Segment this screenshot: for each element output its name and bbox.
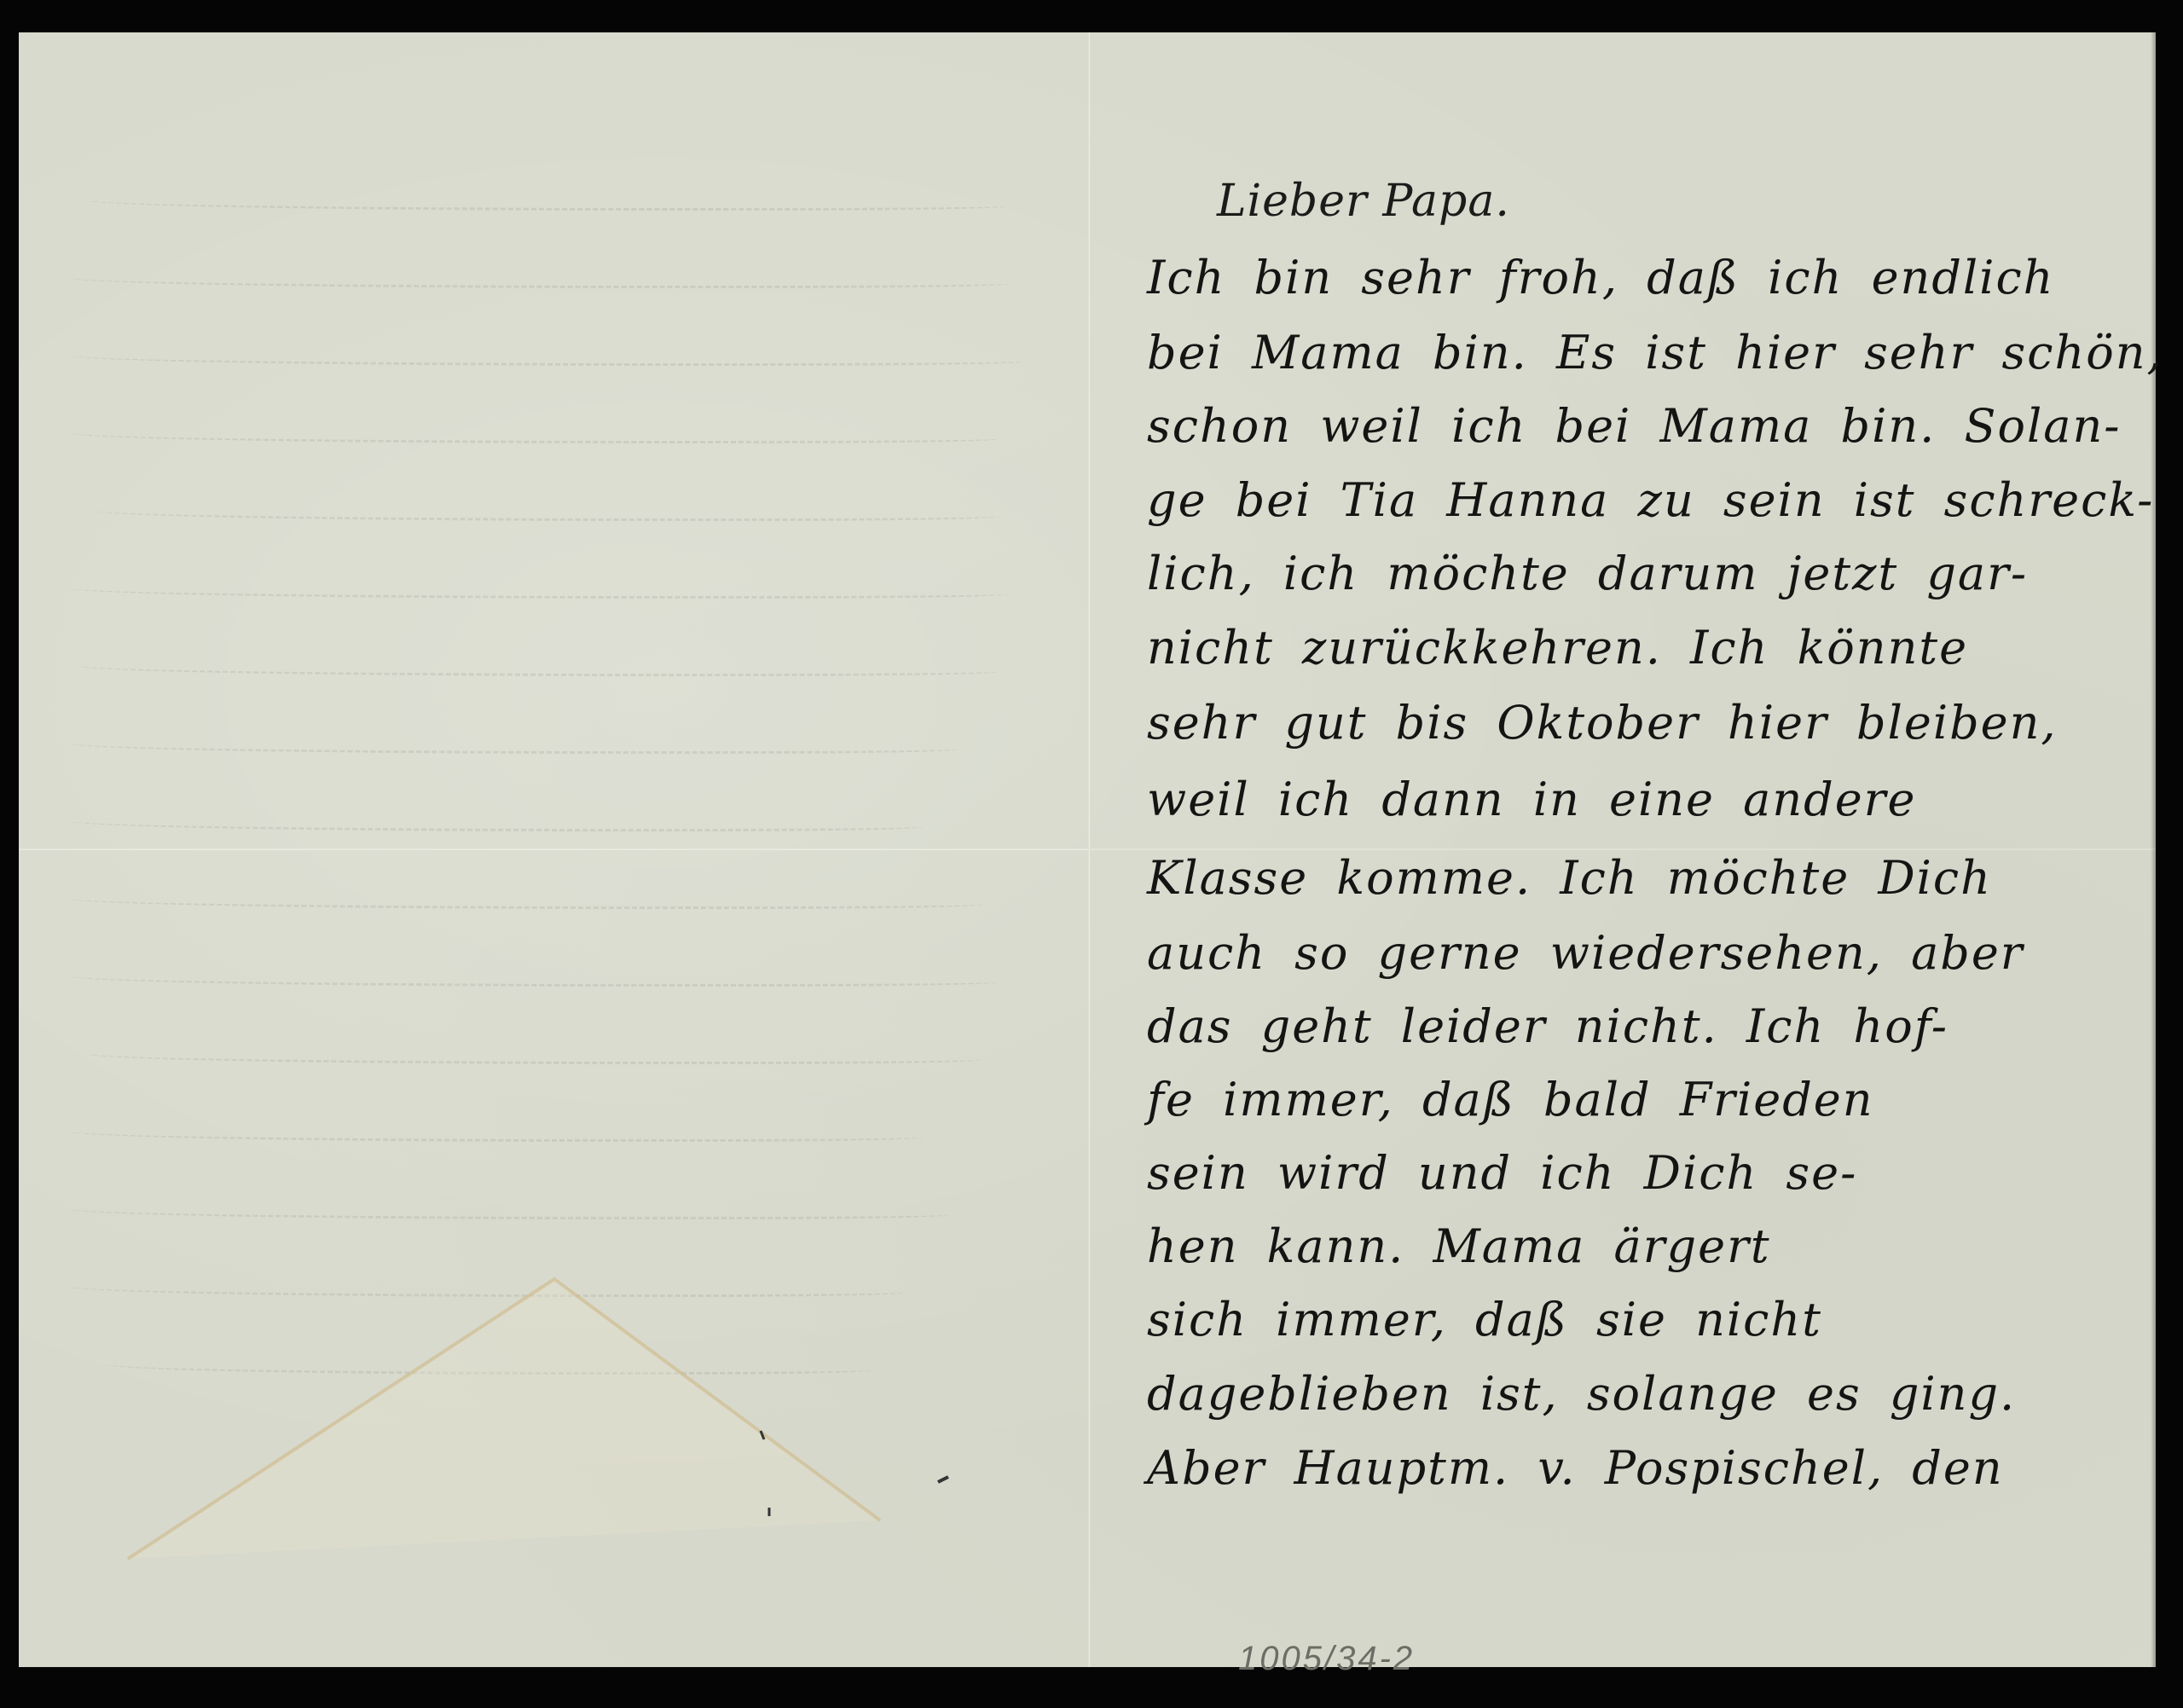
letter-line: bei Mama bin. Es ist hier sehr schön, xyxy=(1147,326,2163,379)
bleed-line xyxy=(70,350,1025,366)
horizontal-fold-crease xyxy=(19,848,1088,851)
bleed-through-text xyxy=(70,194,1051,1474)
bleed-line xyxy=(70,427,999,443)
bleed-line xyxy=(70,1203,948,1219)
bleed-line xyxy=(70,970,999,987)
bleed-line xyxy=(96,505,999,521)
archive-reference-number: 1005/34-2 xyxy=(1238,1640,1415,1678)
letter-line: auch so gerne wiedersehen, aber xyxy=(1147,926,2024,980)
letter-line: nicht zurückkehren. Ich könnte xyxy=(1147,621,1968,675)
letter-line: ge bei Tia Hanna zu sein ist schreck- xyxy=(1147,473,2154,527)
letter-line: dageblieben ist, solange es ging. xyxy=(1147,1367,2016,1421)
letter-line: das geht leider nicht. Ich hof- xyxy=(1147,999,1948,1053)
bleed-line xyxy=(104,1358,871,1375)
letter-line: hen kann. Mama ärgert xyxy=(1147,1219,1771,1273)
bleed-line xyxy=(87,194,1008,211)
paper-edge-shadow xyxy=(2151,32,2156,1667)
bleed-line xyxy=(70,1126,923,1142)
letter-line: lich, ich möchte darum jetzt gar- xyxy=(1147,547,2028,600)
letter-text-page: Lieber Papa. Ich bin sehr froh, daß ich … xyxy=(1147,32,2162,1667)
letter-line: sein wird und ich Dich se- xyxy=(1147,1146,1857,1200)
letter-line: fe immer, daß bald Frieden xyxy=(1147,1073,1874,1126)
bleed-line xyxy=(70,582,1008,599)
bleed-line xyxy=(78,660,999,676)
bleed-line xyxy=(70,815,923,831)
bleed-line xyxy=(70,272,1008,288)
letter-line: Aber Hauptm. v. Pospischel, den xyxy=(1147,1441,2004,1495)
letter-line: Klasse komme. Ich möchte Dich xyxy=(1147,851,1992,905)
bleed-line xyxy=(70,893,982,909)
bleed-line xyxy=(87,1048,982,1064)
bleed-line xyxy=(70,1281,906,1297)
bleed-line xyxy=(70,738,957,754)
letter-line: schon weil ich bei Mama bin. Solan- xyxy=(1147,399,2121,453)
letter-line: Ich bin sehr froh, daß ich endlich xyxy=(1147,251,2054,304)
letter-line: sehr gut bis Oktober hier bleiben, xyxy=(1147,696,2058,750)
letter-paper: Lieber Papa. Ich bin sehr froh, daß ich … xyxy=(19,32,2156,1667)
letter-line: weil ich dann in eine andere xyxy=(1147,773,1916,826)
letter-greeting: Lieber Papa. xyxy=(1217,176,1510,227)
letter-line: sich immer, daß sie nicht xyxy=(1147,1293,1822,1346)
